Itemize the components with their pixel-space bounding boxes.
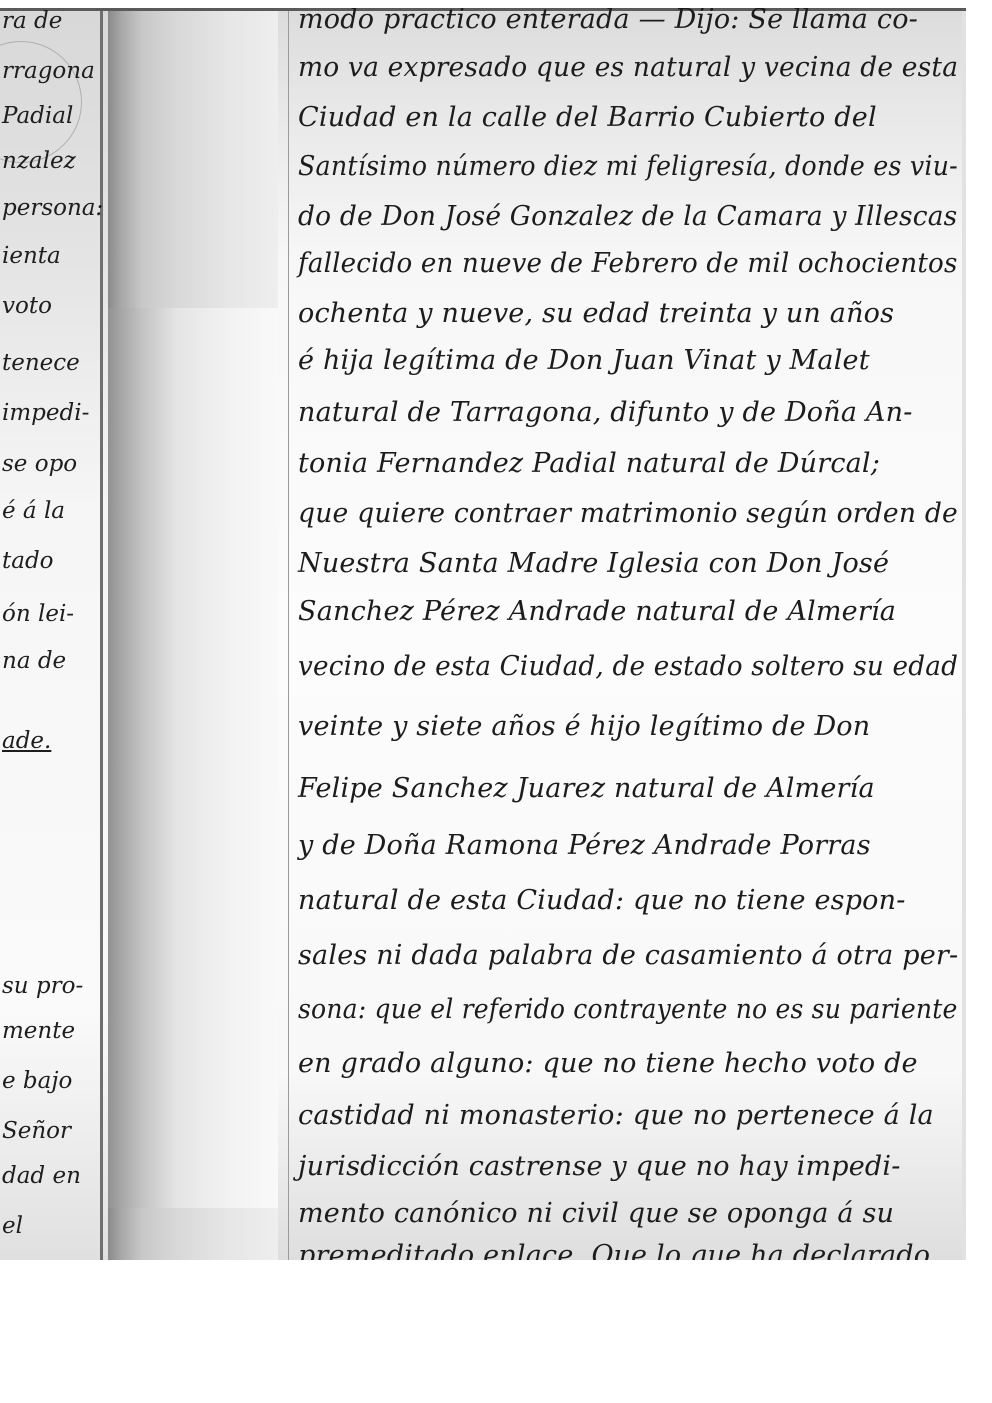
manuscript-line: é hija legítima de Don Juan Vinat y Male… [298, 345, 870, 376]
manuscript-line: sona: que el referido contrayente no es … [298, 994, 958, 1025]
left-fragment: mente [2, 1018, 75, 1044]
manuscript-line: mento canónico ni civil que se oponga á … [298, 1198, 894, 1229]
scanned-document: ra de rragona Padial nzalez persona: ien… [0, 8, 966, 1260]
left-fragment: nzalez [2, 148, 76, 174]
left-fragment: su pro- [2, 973, 83, 999]
left-fragment: tenece [2, 350, 80, 376]
manuscript-line: veinte y siete años é hijo legítimo de D… [298, 711, 870, 742]
left-fragment: impedi- [2, 400, 89, 426]
manuscript-line: tonia Fernandez Padial natural de Dúrcal… [298, 448, 880, 479]
manuscript-line: ochenta y nueve, su edad treinta y un añ… [298, 298, 894, 329]
left-fragment: Señor [2, 1118, 71, 1144]
left-fragment: persona: [2, 195, 103, 221]
left-fragment: rragona [2, 58, 95, 84]
right-page-margin-rule [288, 11, 289, 1260]
manuscript-line: y de Doña Ramona Pérez Andrade Porras [298, 830, 871, 861]
manuscript-line: modo practico enterada — Dijo: Se llama … [298, 8, 918, 35]
manuscript-line: fallecido en nueve de Febrero de mil och… [298, 248, 958, 279]
left-fragment: el [2, 1213, 23, 1239]
manuscript-line: Santísimo número diez mi feligresía, don… [298, 151, 958, 182]
manuscript-line: Nuestra Santa Madre Iglesia con Don José [298, 548, 889, 579]
manuscript-line: castidad ni monasterio: que no pertenece… [298, 1100, 934, 1131]
left-fragment: é á la [2, 498, 65, 524]
left-fragment: voto [2, 293, 52, 319]
left-fragment: ade. [2, 728, 51, 754]
gutter-shadow [108, 308, 278, 1208]
manuscript-line: Sanchez Pérez Andrade natural de Almería [298, 596, 896, 627]
left-fragment: dad en [2, 1163, 81, 1189]
manuscript-line: natural de Tarragona, difunto y de Doña … [298, 397, 913, 428]
manuscript-line: jurisdicción castrense y que no hay impe… [298, 1151, 901, 1182]
page-right-edge [962, 11, 966, 1260]
manuscript-line: que quiere contraer matrimonio según ord… [298, 498, 958, 529]
manuscript-line: sales ni dada palabra de casamiento á ot… [298, 940, 958, 971]
manuscript-line: do de Don José Gonzalez de la Camara y I… [298, 201, 957, 232]
manuscript-line: premeditado enlace. Que lo que ha declar… [298, 1240, 930, 1260]
manuscript-line: Ciudad en la calle del Barrio Cubierto d… [298, 102, 877, 133]
manuscript-line: en grado alguno: que no tiene hecho voto… [298, 1048, 918, 1079]
left-fragment: Padial [2, 103, 73, 129]
left-fragment: tado [2, 548, 54, 574]
left-fragment: na de [2, 648, 66, 674]
manuscript-line: mo va expresado que es natural y vecina … [298, 52, 958, 83]
manuscript-line: Felipe Sanchez Juarez natural de Almería [298, 773, 875, 804]
manuscript-line: natural de esta Ciudad: que no tiene esp… [298, 885, 906, 916]
left-fragment: ra de [2, 8, 62, 34]
left-fragment: se opo [2, 451, 77, 477]
manuscript-line: vecino de esta Ciudad, de estado soltero… [298, 651, 958, 682]
left-fragment: ienta [2, 243, 61, 269]
left-fragment: ón lei- [2, 601, 74, 627]
left-fragment: e bajo [2, 1068, 72, 1094]
